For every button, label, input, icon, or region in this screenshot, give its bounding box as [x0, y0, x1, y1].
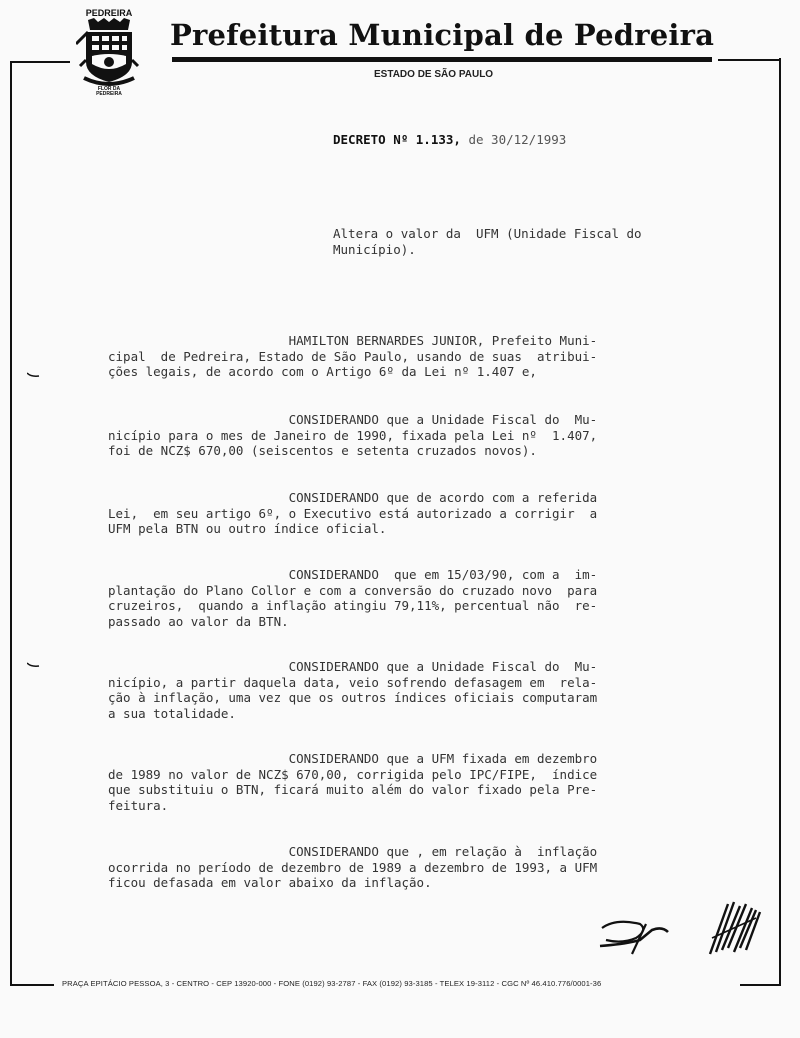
page-border-left	[10, 62, 12, 986]
margin-mark-icon	[27, 372, 41, 378]
footer-address: PRAÇA EPITÁCIO PESSOA, 3 - CENTRO - CEP …	[62, 979, 601, 988]
coat-of-arms-icon: PEDREIRA FLOR DA PEDREIRA	[76, 4, 142, 96]
considerando-paragraph-4: CONSIDERANDO que a Unidade Fiscal do Mu-…	[108, 659, 748, 721]
svg-text:PEDREIRA: PEDREIRA	[86, 8, 133, 18]
considerando-paragraph-3: CONSIDERANDO que em 15/03/90, com a im- …	[108, 567, 748, 629]
considerando-paragraph-1: CONSIDERANDO que a Unidade Fiscal do Mu-…	[108, 412, 748, 459]
decree-date: de 30/12/1993	[461, 132, 566, 147]
signature-icon	[596, 910, 676, 960]
organization-name: Prefeitura Municipal de Pedreira	[170, 18, 730, 52]
page-border-bottom-left	[10, 984, 54, 986]
page-border-bottom-right	[740, 984, 781, 986]
considerando-paragraph-5: CONSIDERANDO que a UFM fixada em dezembr…	[108, 751, 748, 813]
page-border-top-left	[10, 61, 70, 63]
page-border-right	[779, 58, 781, 986]
decree-title: DECRETO Nº 1.133, de 30/12/1993	[333, 132, 566, 147]
considerando-paragraph-6: CONSIDERANDO que , em relação à inflação…	[108, 844, 748, 891]
decree-number: DECRETO Nº 1.133,	[333, 132, 461, 147]
header-rule	[172, 57, 712, 62]
header-rule-tail	[718, 59, 780, 61]
margin-mark-icon	[27, 662, 41, 668]
svg-text:PEDREIRA: PEDREIRA	[96, 91, 122, 96]
signature-icon	[706, 898, 766, 956]
preamble-paragraph: HAMILTON BERNARDES JUNIOR, Prefeito Muni…	[108, 333, 748, 380]
state-name: ESTADO DE SÃO PAULO	[374, 69, 493, 80]
decree-summary: Altera o valor da UFM (Unidade Fiscal do…	[333, 226, 733, 258]
considerando-paragraph-2: CONSIDERANDO que de acordo com a referid…	[108, 490, 748, 537]
